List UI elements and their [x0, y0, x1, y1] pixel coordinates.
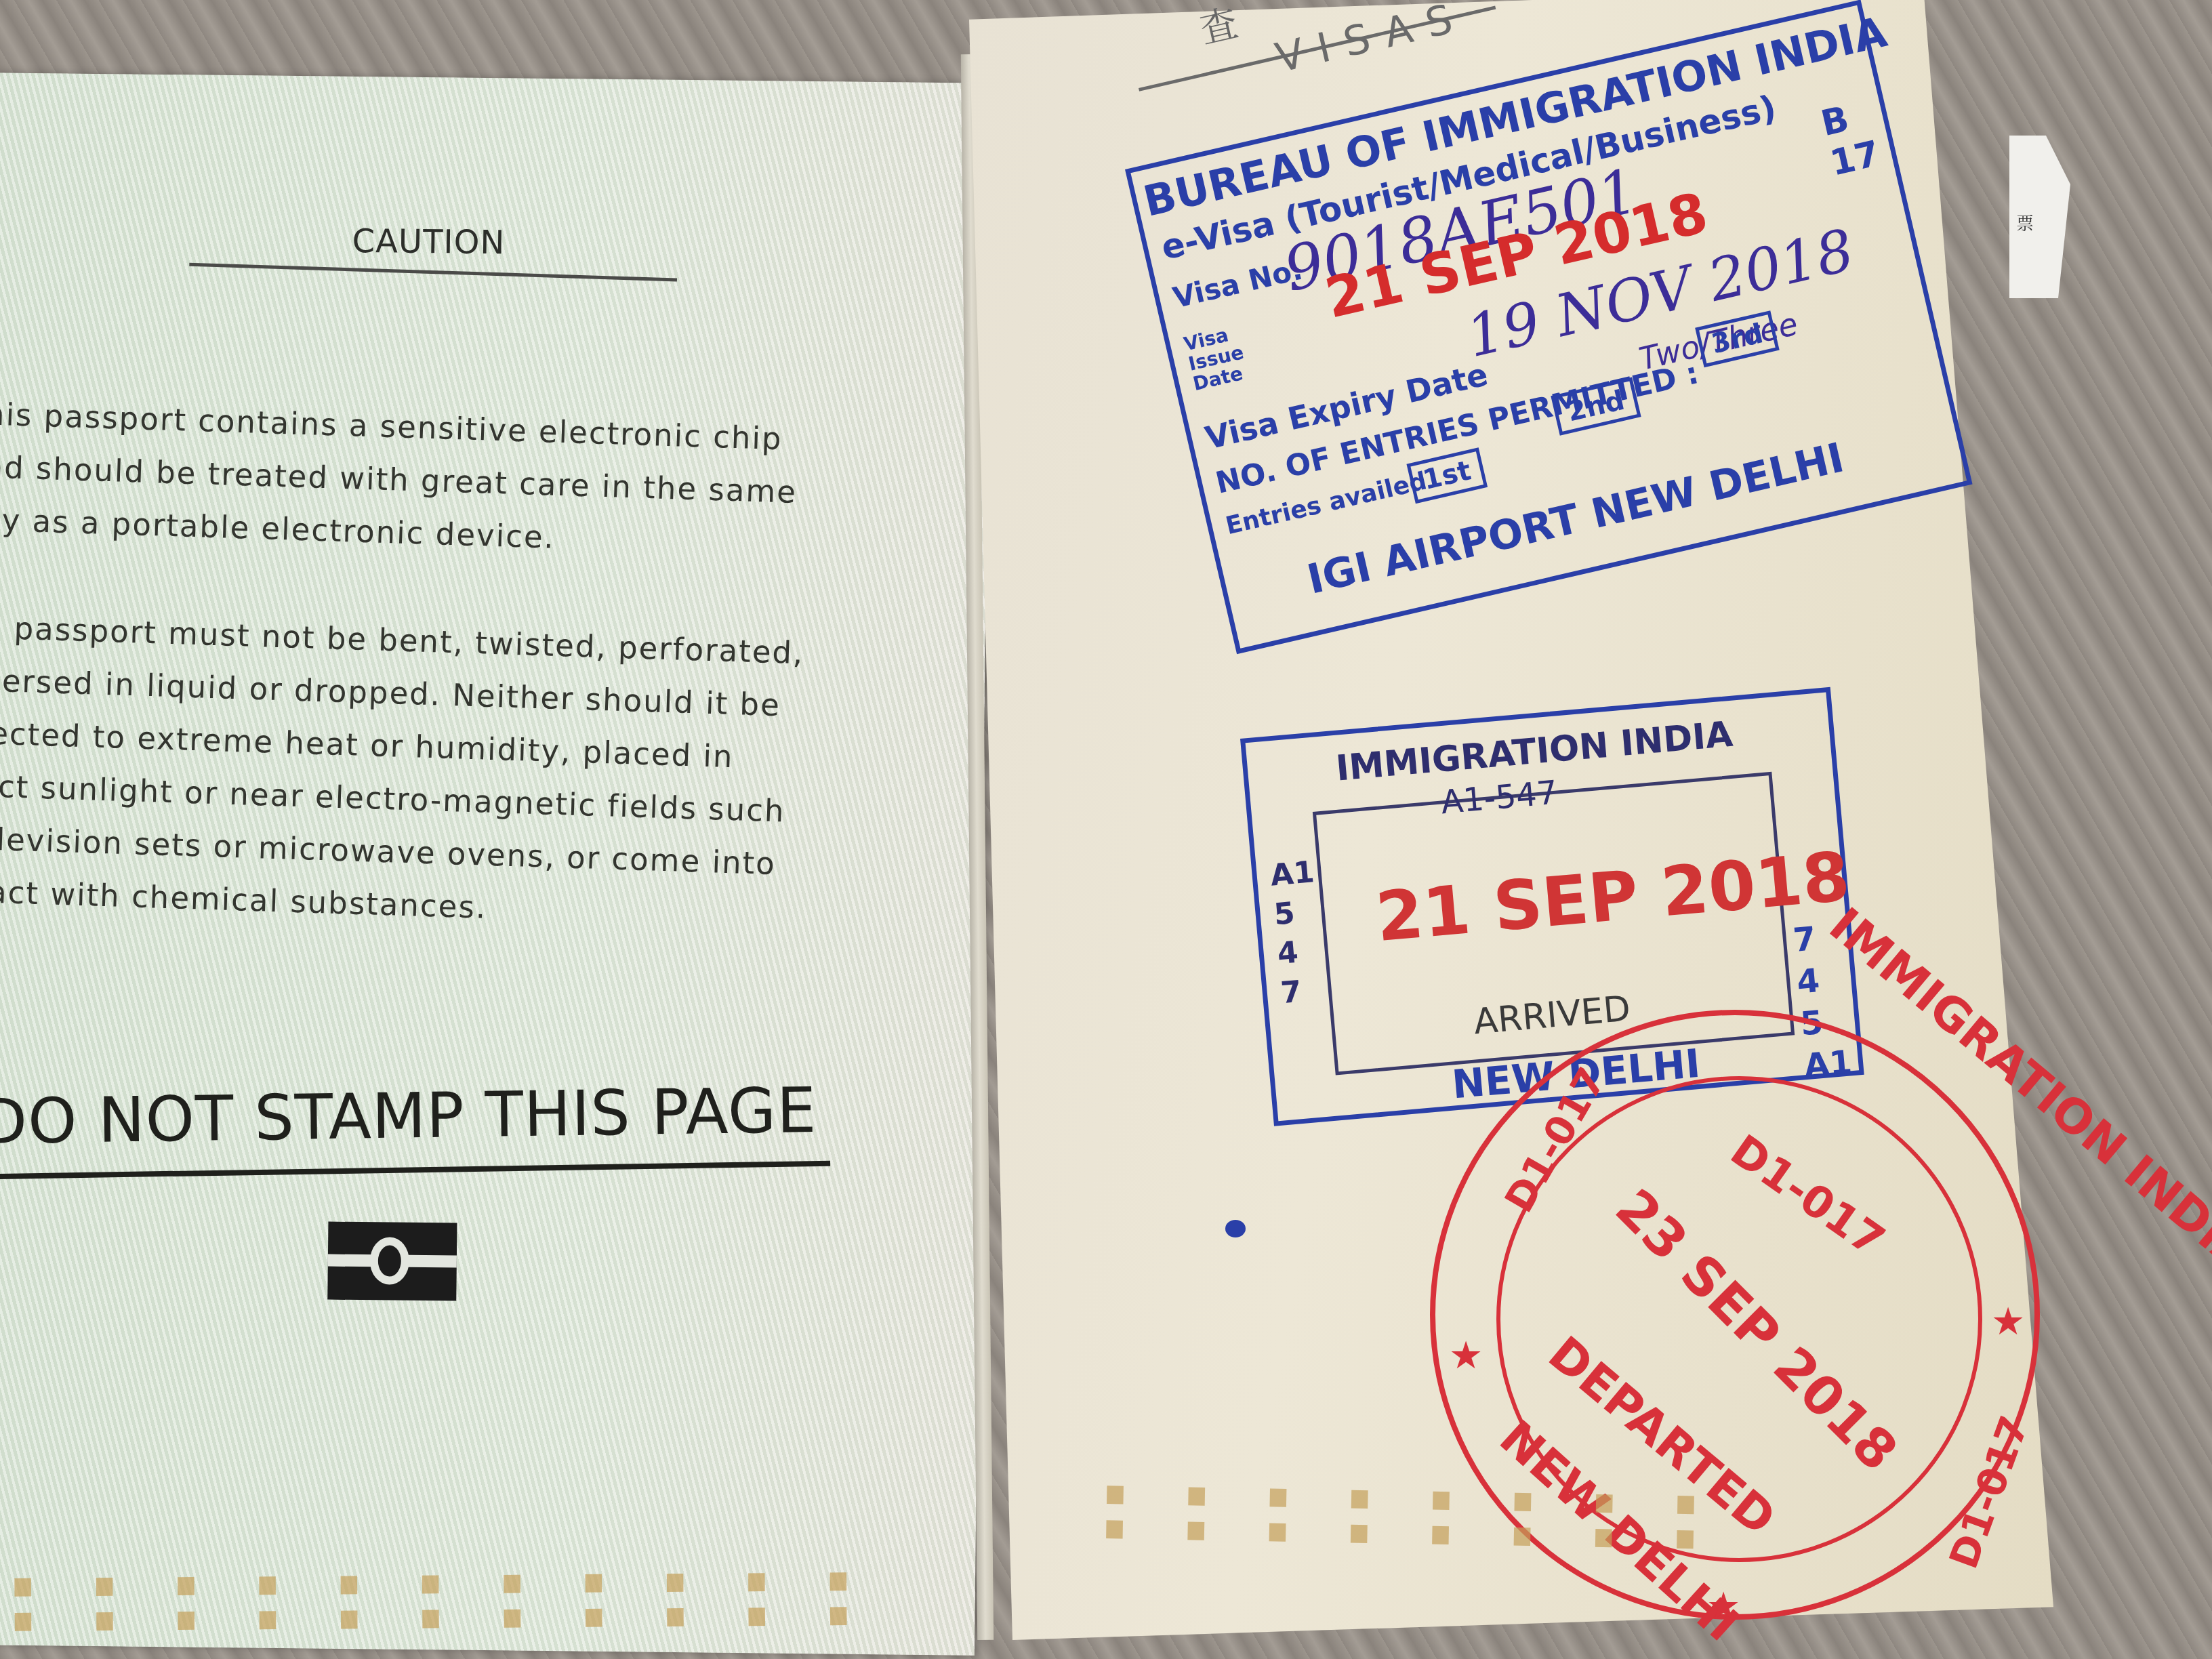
e-passport-chip-icon: [327, 1222, 457, 1301]
issue-date-label: Visa Issue Date: [1182, 321, 1255, 394]
star-icon: ★: [1991, 1300, 2025, 1344]
perforated-number-left: :::::::::::: [0, 1532, 890, 1656]
caution-heading: CAUTION: [352, 222, 505, 262]
star-icon: ★: [1706, 1584, 1740, 1629]
series-letter: B: [1818, 99, 1853, 144]
caution-paragraph-chip: his passport contains a sensitive electr…: [0, 388, 800, 572]
paper-slip: 票: [2009, 136, 2070, 298]
entry-box-3rd: 3rd: [1695, 310, 1780, 367]
star-icon: ★: [1449, 1334, 1483, 1378]
do-not-stamp-underline: [0, 1161, 830, 1180]
do-not-stamp-notice: DO NOT STAMP THIS PAGE: [0, 1074, 817, 1158]
arrival-side-code-left: A1 5 4 7: [1269, 854, 1316, 1013]
entry-box-1st: 1st: [1406, 447, 1487, 504]
passport-left-page: CAUTION his passport contains a sensitiv…: [0, 73, 991, 1655]
caution-paragraph-handling: e passport must not be bent, twisted, pe…: [0, 601, 805, 944]
ink-dot: [1225, 1220, 1246, 1237]
caution-underline: [189, 263, 677, 282]
perforated-number-right: ::::::::: [1084, 1445, 1738, 1574]
